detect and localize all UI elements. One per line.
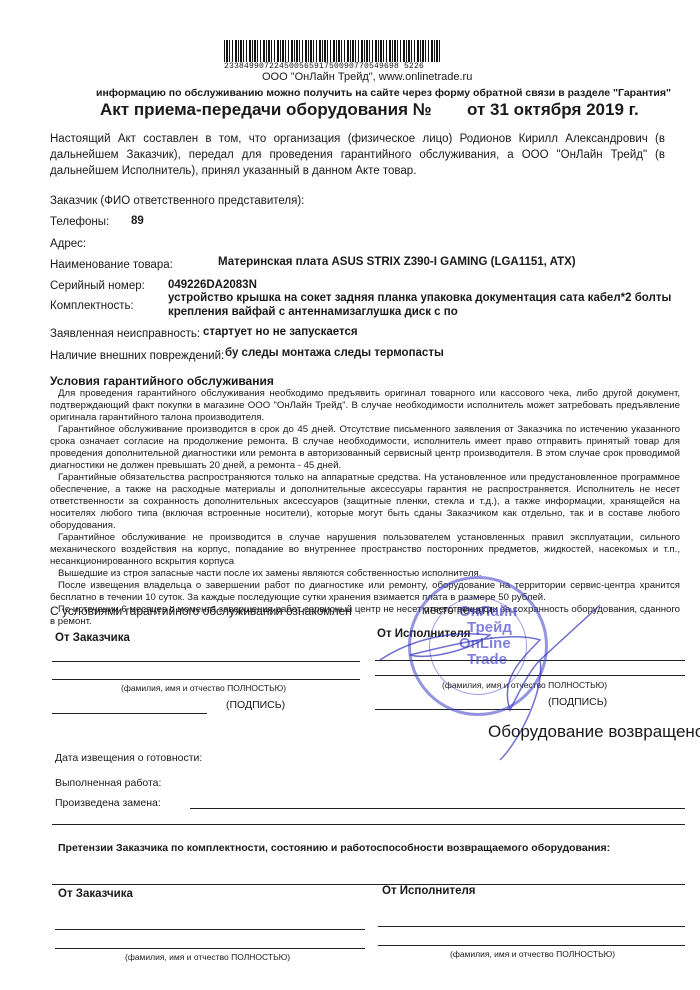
customer-sign-caption: (ПОДПИСЬ) xyxy=(226,699,285,711)
equipment-returned-title: Оборудование возвращено: xyxy=(488,722,700,742)
product-label: Наименование товара: xyxy=(50,259,173,271)
customer-signature-header: От Заказчика xyxy=(55,632,130,644)
company-name: ООО "ОнЛайн Трейд", www.onlinetrade.ru xyxy=(262,71,472,83)
phones-label: Телефоны: xyxy=(50,216,109,228)
replacement-line-2 xyxy=(52,824,685,825)
defect-label: Заявленная неисправность: xyxy=(50,328,200,340)
customer-signature-line-2 xyxy=(55,929,365,930)
executor-signature-header-2: От Исполнителя xyxy=(382,885,475,897)
conditions-acknowledged: С условиями гарантийного обслуживания оз… xyxy=(50,604,352,618)
claims-line xyxy=(52,884,685,885)
customer-label: Заказчик (ФИО ответственного представите… xyxy=(50,195,304,207)
document-date: от 31 октября 2019 г. xyxy=(467,100,639,120)
serial-label: Серийный номер: xyxy=(50,280,145,292)
info-line: информацию по обслуживанию можно получит… xyxy=(96,87,671,99)
condition-paragraph: Для проведения гарантийного обслуживания… xyxy=(50,388,680,424)
condition-paragraph: Вышедшие из строя запасные части после и… xyxy=(50,568,680,580)
replacement-label: Произведена замена: xyxy=(55,797,161,809)
conditions-text: Для проведения гарантийного обслуживания… xyxy=(50,388,680,628)
condition-paragraph: Гарантийные обязательства распространяют… xyxy=(50,472,680,532)
executor-fio-caption-2: (фамилия, имя и отчество ПОЛНОСТЬЮ) xyxy=(450,949,615,959)
defect-value: стартует но не запускается xyxy=(203,326,358,338)
kit-value-line1: устройство крышка на сокет задняя планка… xyxy=(168,292,671,304)
claims-label: Претензии Заказчика по комплектности, со… xyxy=(58,842,610,854)
work-done-label: Выполненная работа: xyxy=(55,777,161,789)
damage-label: Наличие внешних повреждений: xyxy=(50,350,224,362)
damage-value: бу следы монтажа следы термопасты xyxy=(225,347,444,359)
address-label: Адрес: xyxy=(50,238,86,250)
customer-fio-line xyxy=(52,679,360,680)
executor-signature-line-2 xyxy=(378,926,685,927)
customer-fio-line-2 xyxy=(55,948,365,949)
handwritten-signature xyxy=(370,600,620,770)
customer-signature-header-2: От Заказчика xyxy=(58,888,133,900)
document-title: Акт приема-передачи оборудования № xyxy=(100,100,432,120)
kit-value-line2: крепления вайфай с антеннамизаглушка дис… xyxy=(168,306,458,318)
barcode-number: 23384990722450056591750090770549698 5226 xyxy=(224,62,424,71)
phones-value: 89 xyxy=(131,215,144,227)
barcode xyxy=(224,40,440,62)
condition-paragraph: Гарантийное обслуживание производится в … xyxy=(50,424,680,472)
product-value: Материнская плата ASUS STRIX Z390-I GAMI… xyxy=(218,256,576,268)
customer-signature-line xyxy=(52,661,360,662)
customer-sign-line xyxy=(52,713,207,714)
kit-label: Комплектность: xyxy=(50,300,134,312)
serial-value: 049226DA2083N xyxy=(168,279,257,291)
customer-fio-caption: (фамилия, имя и отчество ПОЛНОСТЬЮ) xyxy=(121,683,286,693)
replacement-line xyxy=(190,808,685,809)
condition-paragraph: Гарантийное обслуживание не производится… xyxy=(50,532,680,568)
ready-date-label: Дата извещения о готовности: xyxy=(55,752,202,764)
customer-fio-caption-2: (фамилия, имя и отчество ПОЛНОСТЬЮ) xyxy=(125,952,290,962)
conditions-title: Условия гарантийного обслуживания xyxy=(50,374,274,388)
executor-fio-line-2 xyxy=(378,945,685,946)
intro-paragraph: Настоящий Акт составлен в том, что орган… xyxy=(50,131,665,179)
